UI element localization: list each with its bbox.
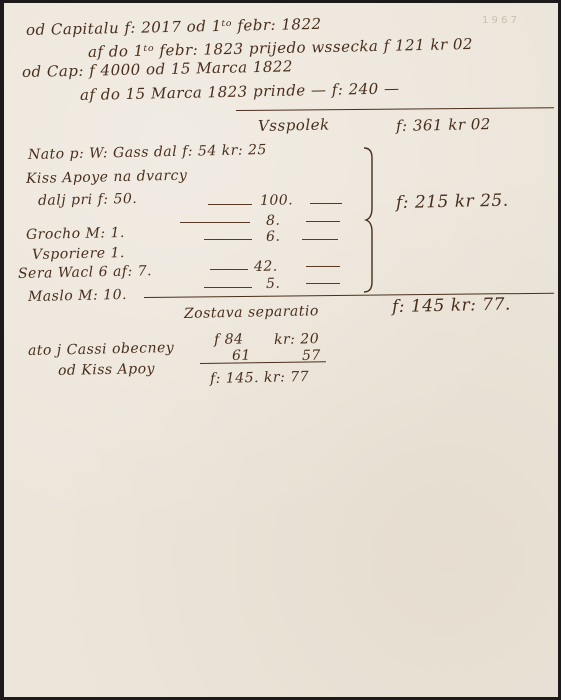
manuscript-page: 1 9 6 7 od Capitalu f: 2017 od 1ᵗᵒ febr:… (4, 3, 558, 697)
item-8: Maslo M: 10. (28, 287, 127, 305)
item-7-amount: 42. (254, 259, 278, 275)
item-6: Vsporiere 1. (32, 245, 125, 263)
item-7: Sera Wacl 6 af: 7. (18, 263, 152, 282)
leader-dash (204, 239, 252, 240)
header-line-3: od Cap: f 4000 od 15 Marca 1822 (22, 57, 293, 81)
item-3-amount: 100. (260, 192, 293, 209)
leader-dash (302, 239, 338, 240)
subtotal-value: f: 361 kr 02 (396, 115, 491, 135)
item-4-amount: 8. (266, 213, 281, 229)
header-line-1: od Capitalu f: 2017 od 1ᵗᵒ febr: 1822 (26, 15, 322, 39)
remaining-value: f: 145 kr: 77. (392, 295, 511, 317)
split-row-1-f: f 84 (214, 331, 244, 348)
item-2: Kiss Apoye na dvarcy (26, 168, 188, 187)
leader-dash (310, 203, 342, 204)
brace-total: f: 215 kr 25. (396, 191, 509, 213)
leader-dash (306, 221, 340, 222)
curly-brace-icon (362, 146, 376, 294)
split-row-1-kr: kr: 20 (274, 331, 319, 348)
leader-dash (306, 266, 340, 267)
leader-dash (306, 283, 340, 284)
archive-mark: 1 9 6 7 (482, 15, 517, 26)
item-3: dalj pri f: 50. (38, 191, 138, 209)
leader-dash (204, 287, 252, 288)
subtotal-label: Vsspolek (258, 116, 330, 135)
split-total: f: 145. kr: 77 (210, 369, 309, 387)
header-line-4: af do 15 Marca 1823 prinde — f: 240 — (80, 79, 400, 104)
item-5-amount: 6. (266, 229, 281, 245)
split-row-2-label: od Kiss Apoy (58, 361, 155, 379)
item-1: Nato p: W: Gass dal f: 54 kr: 25 (28, 142, 267, 163)
item-8-amount: 5. (266, 276, 281, 292)
leader-dash (210, 269, 248, 270)
leader-dash (180, 222, 250, 223)
subtotal-rule (236, 107, 554, 111)
remaining-label: Zostava separatio (184, 303, 319, 322)
item-5: Grocho M: 1. (26, 225, 125, 243)
leader-dash (208, 204, 252, 205)
split-row-1-label: ato j Cassi obecney (28, 340, 175, 359)
